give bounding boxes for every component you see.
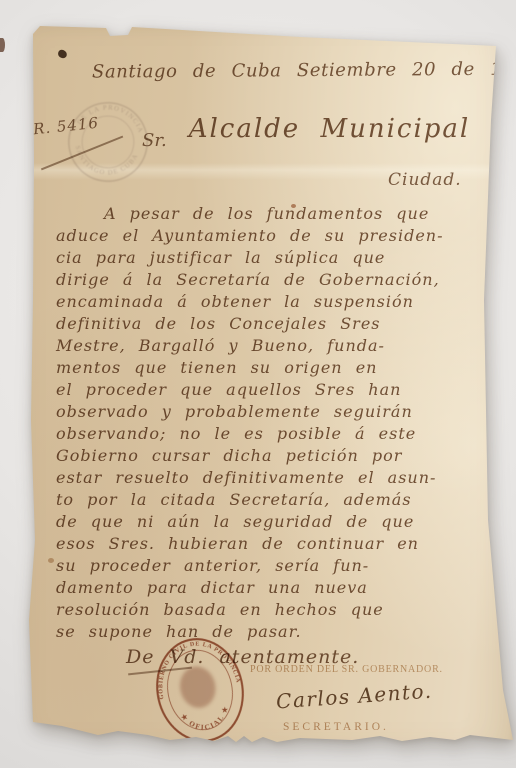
handwritten-line: cia para justificar la súplica que xyxy=(56,247,486,269)
oval-stamp-graphic: GOBIERNO CIVIL DE LA PROVINCIA ★ OFICIAL… xyxy=(141,625,258,755)
dateline: Santiago de Cuba Setiembre 20 de 1902 xyxy=(92,58,516,82)
recipient-name: Alcalde Municipal xyxy=(189,114,471,144)
svg-text:★ OFICIAL ★: ★ OFICIAL ★ xyxy=(178,702,235,737)
secretary-signature: Carlos Aento. xyxy=(275,679,433,714)
handwritten-line: A pesar de los fundamentos que xyxy=(56,203,486,225)
handwritten-line: mentos que tienen su origen en xyxy=(56,357,486,379)
handwritten-line: Gobierno cursar dicha petición por xyxy=(56,445,486,467)
handwritten-line: el proceder que aquellos Sres han xyxy=(56,379,486,401)
handwritten-line: to por la citada Secretaría, además xyxy=(56,489,486,511)
handwritten-line: su proceder anterior, sería fun- xyxy=(56,555,486,577)
handwritten-line: observando; no le es posible á este xyxy=(56,423,486,445)
letter-body: A pesar de los fundamentos que aduce el … xyxy=(56,203,486,643)
handwritten-line: de que ni aún la seguridad de que xyxy=(56,511,486,533)
salutation-prefix: Sr. xyxy=(142,114,167,151)
paper-hole xyxy=(57,49,68,60)
city-line: Ciudad. xyxy=(388,170,462,190)
secretario-printed-title: SECRETARIO. xyxy=(283,721,389,733)
handwritten-line: encaminada á obtener la suspensión xyxy=(56,291,486,313)
government-oval-stamp: GOBIERNO CIVIL DE LA PROVINCIA ★ OFICIAL… xyxy=(141,625,258,755)
handwritten-line: Mestre, Bargalló y Bueno, funda- xyxy=(56,335,486,357)
stamp-coat-of-arms-smudge xyxy=(176,663,219,711)
oval-stamp-bottom-text: ★ OFICIAL ★ xyxy=(178,702,235,737)
handwritten-line: estar resuelto definitivamente el asun- xyxy=(56,467,486,489)
handwritten-line: dirige á la Secretaría de Gobernación, xyxy=(56,269,486,291)
handwritten-line: damento para dictar una nueva xyxy=(56,577,486,599)
handwritten-line: aduce el Ayuntamiento de su presiden- xyxy=(56,225,486,247)
foxing-spot xyxy=(48,558,54,563)
handwritten-line: se supone han de pasar. xyxy=(56,621,486,643)
handwritten-line: definitiva de los Concejales Sres xyxy=(56,313,486,335)
handwritten-line: observado y probablemente seguirán xyxy=(56,401,486,423)
letter-paper-shadow: · DE LA PROVINCIA · SANTIAGO DE CUBA R. … xyxy=(0,0,516,768)
ink-fleck xyxy=(291,204,296,208)
salutation: Sr. Alcalde Municipal xyxy=(142,114,470,151)
letter-document: · DE LA PROVINCIA · SANTIAGO DE CUBA R. … xyxy=(0,0,516,768)
by-order-printed-line: POR ORDEN DEL SR. GOBERNADOR. xyxy=(250,664,443,675)
handwritten-line: resolución basada en hechos que xyxy=(56,599,486,621)
handwritten-line: esos Sres. hubieran de continuar en xyxy=(56,533,486,555)
